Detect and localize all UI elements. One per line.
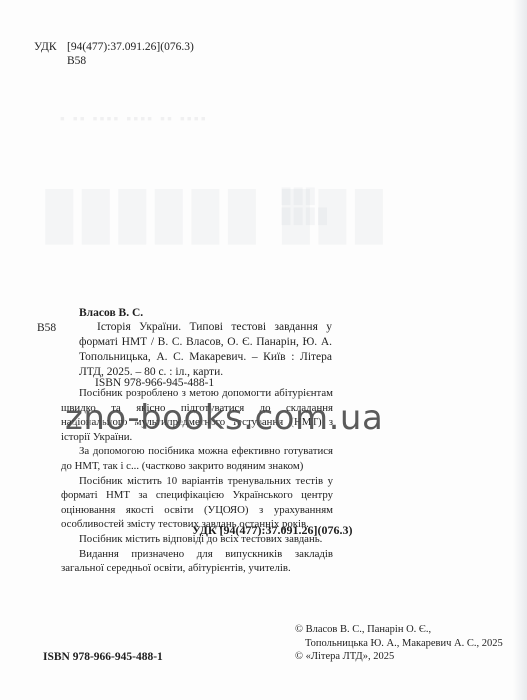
show-through-title: ▮▮▮▮▮▮ ▮▮▮: [40, 170, 386, 252]
watermark: zno-books.com.ua: [65, 398, 383, 438]
catalog-description: Історія України. Типові тестові завдання…: [79, 320, 332, 380]
annotation-paragraph: За допомогою посібника можна ефективно г…: [61, 444, 333, 473]
copyright-block: © Власов В. С., Панарін О. Є., Топольниц…: [295, 623, 503, 664]
catalog-author: Власов В. С.: [79, 307, 143, 319]
copyright-line: © Власов В. С., Панарін О. Є.,: [295, 623, 503, 637]
udk-code: [94(477):37.091.26](076.3): [67, 41, 194, 53]
catalog-author-mark: В58: [37, 322, 56, 334]
udk-header: УДК[94(477):37.091.26](076.3) В58: [34, 40, 194, 68]
annotation-paragraph: Видання призначено для випускників закла…: [61, 547, 333, 576]
copyright-line: © «Літера ЛТД», 2025: [295, 650, 503, 664]
udk-label: УДК: [34, 40, 67, 54]
copyright-line: Топольницька Ю. А., Макаревич А. С., 202…: [295, 637, 503, 651]
show-through-subtitle: ▮▮▮▮▮▮▮: [280, 185, 328, 225]
author-mark: В58: [67, 55, 86, 67]
footer-isbn: ISBN 978-966-945-488-1: [43, 651, 163, 663]
show-through-text: ▪ ▪▪ ▪▪▪▪ ▪▪▪▪ ▪▪ ▪▪▪▪: [60, 110, 208, 126]
udk-footer: УДК [94(477):37.091.26](076.3): [192, 523, 353, 538]
page-edge-shadow: [513, 0, 527, 700]
